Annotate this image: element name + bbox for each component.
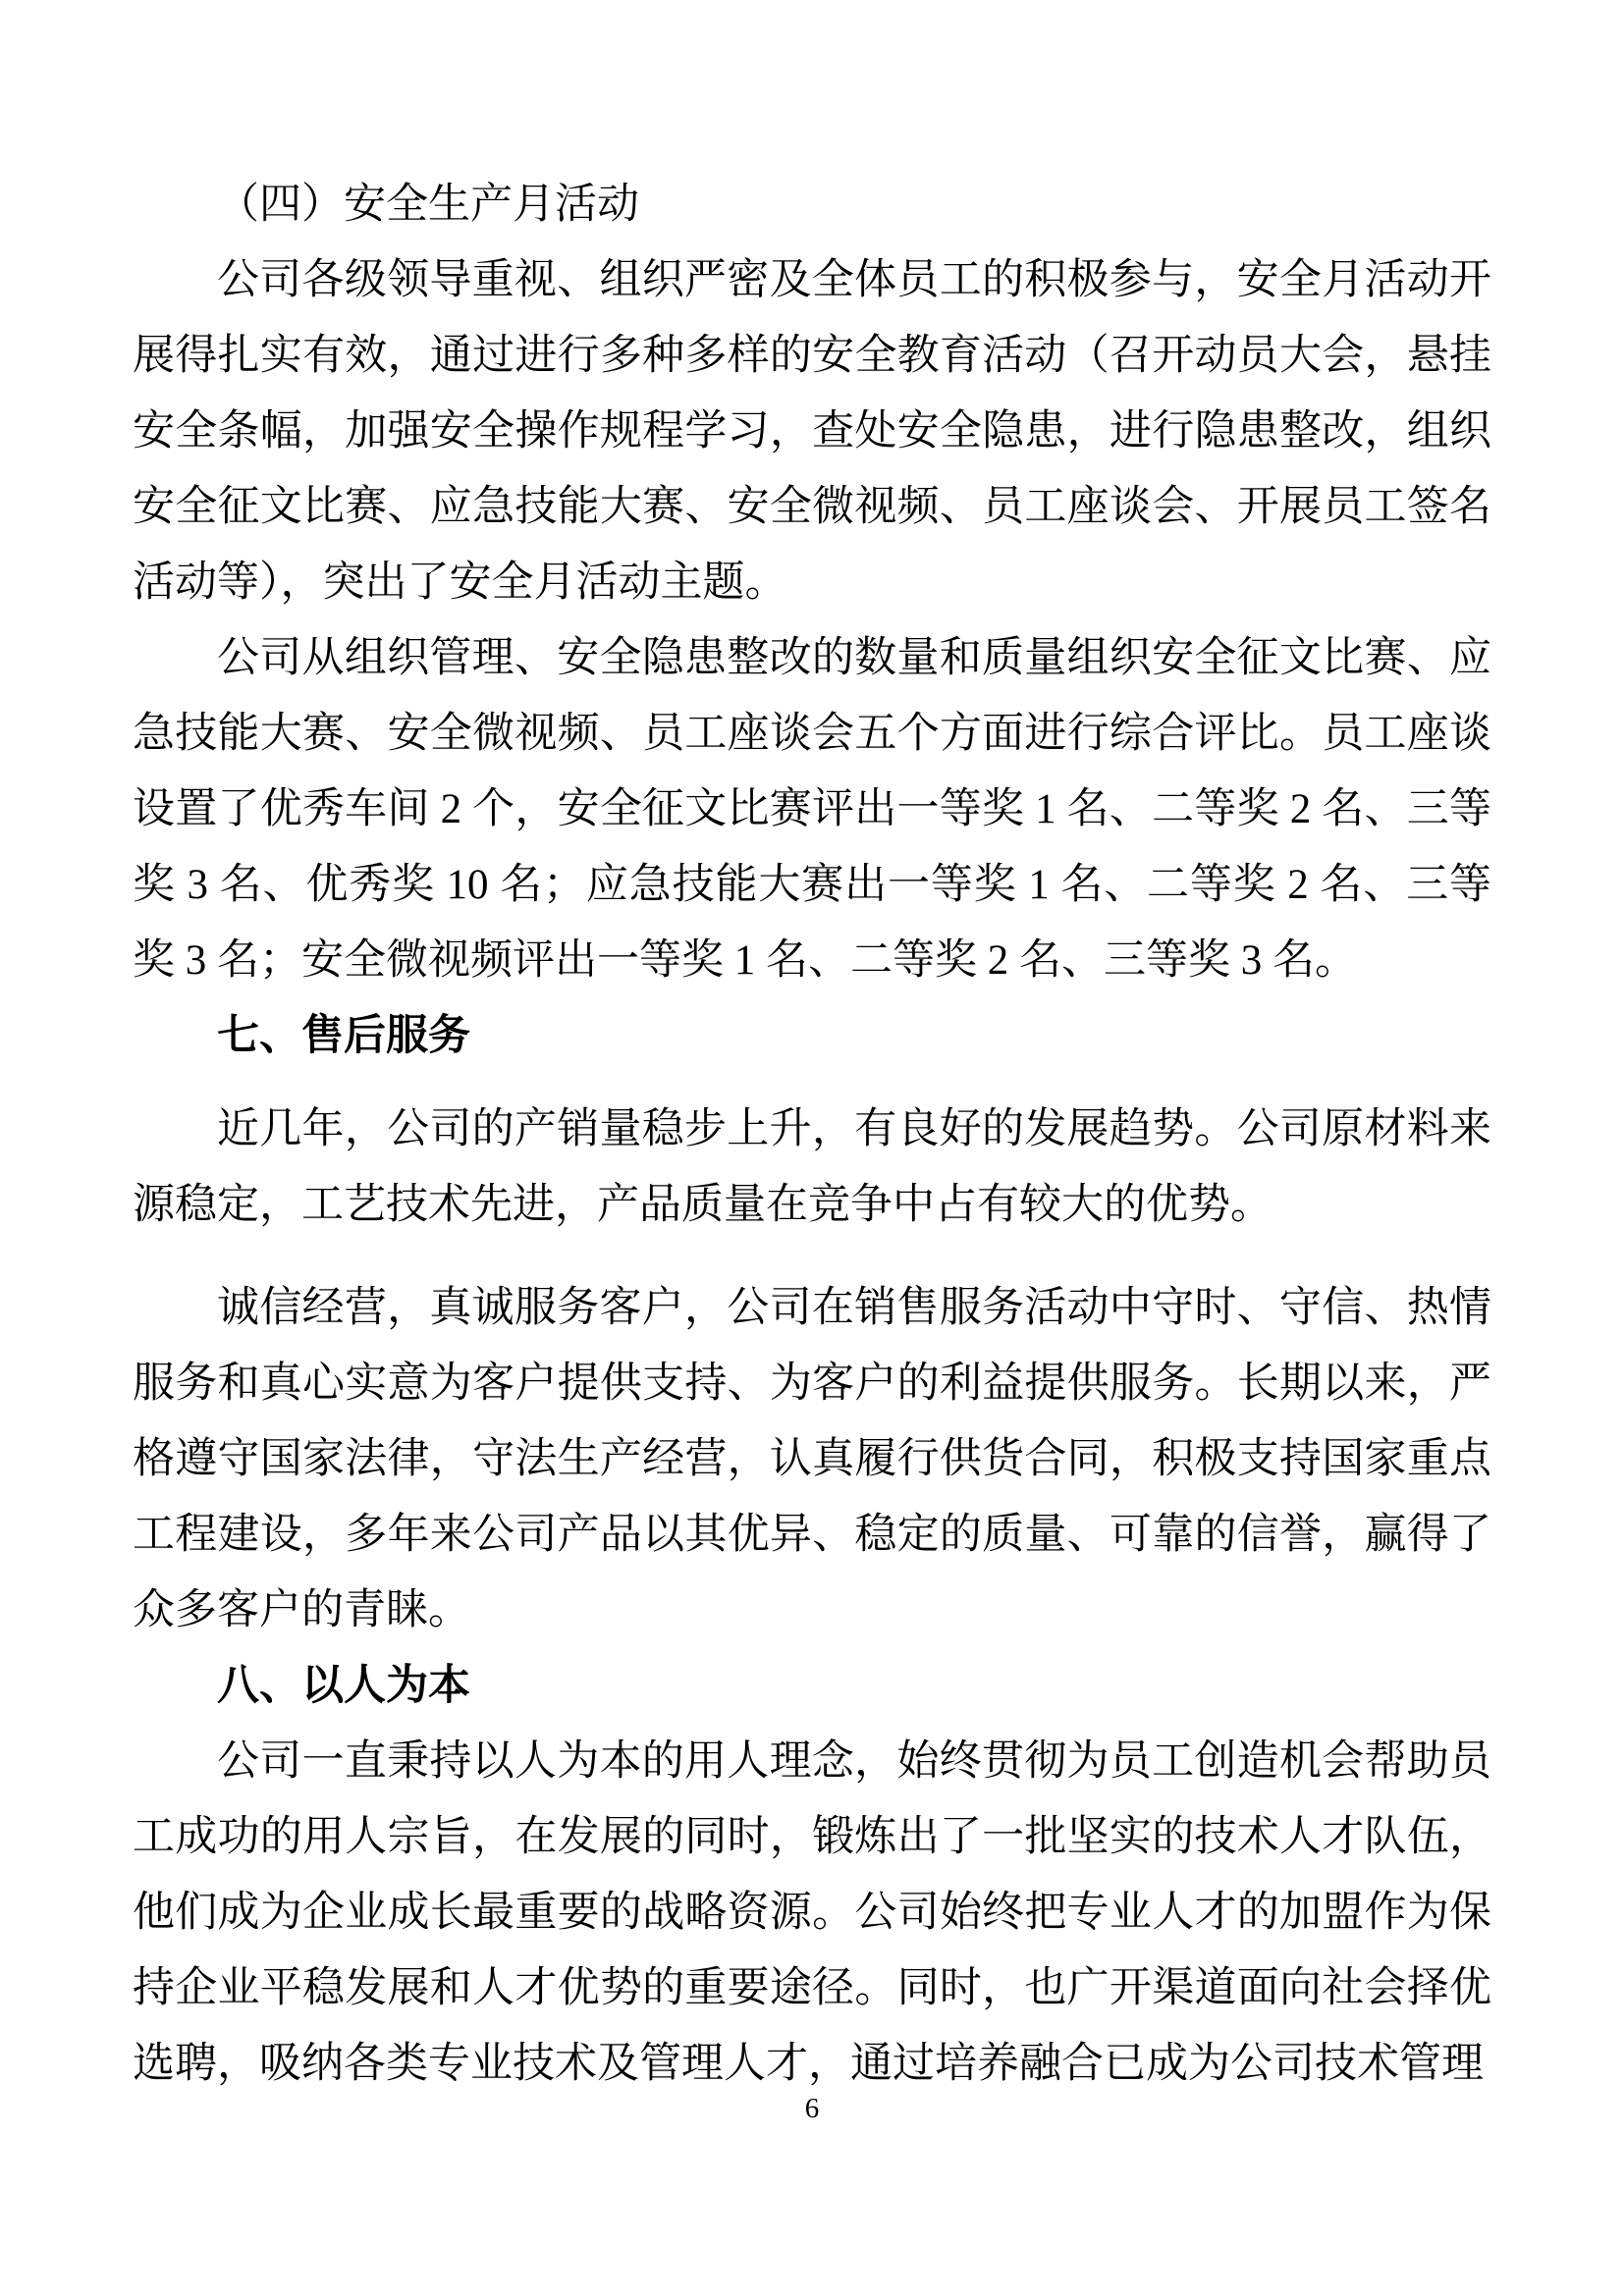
section-heading-people-oriented: 八、以人为本 (133, 1648, 1491, 1724)
section-subheading-safety-month: （四）安全生产月活动 (133, 167, 1491, 242)
page-number: 6 (0, 2089, 1624, 2128)
section-heading-after-sales-service: 七、售后服务 (133, 998, 1491, 1074)
paragraph-sales-growth: 近几年，公司的产销量稳步上升，有良好的发展趋势。公司原材料来源稳定，工艺技术先进… (133, 1092, 1491, 1243)
paragraph-talent-philosophy: 公司一直秉持以人为本的用人理念，始终贯彻为员工创造机会帮助员工成功的用人宗旨，在… (133, 1724, 1491, 2102)
page-content: （四）安全生产月活动 公司各级领导重视、组织严密及全体员工的积极参与，安全月活动… (133, 167, 1491, 2102)
paragraph-safety-month-awards: 公司从组织管理、安全隐患整改的数量和质量组织安全征文比赛、应急技能大赛、安全微视… (133, 620, 1491, 998)
paragraph-safety-month-activities: 公司各级领导重视、组织严密及全体员工的积极参与，安全月活动开展得扎实有效，通过进… (133, 242, 1491, 620)
paragraph-integrity-service: 诚信经营，真诚服务客户，公司在销售服务活动中守时、守信、热情服务和真心实意为客户… (133, 1270, 1491, 1648)
document-page: （四）安全生产月活动 公司各级领导重视、组织严密及全体员工的积极参与，安全月活动… (0, 0, 1624, 2296)
